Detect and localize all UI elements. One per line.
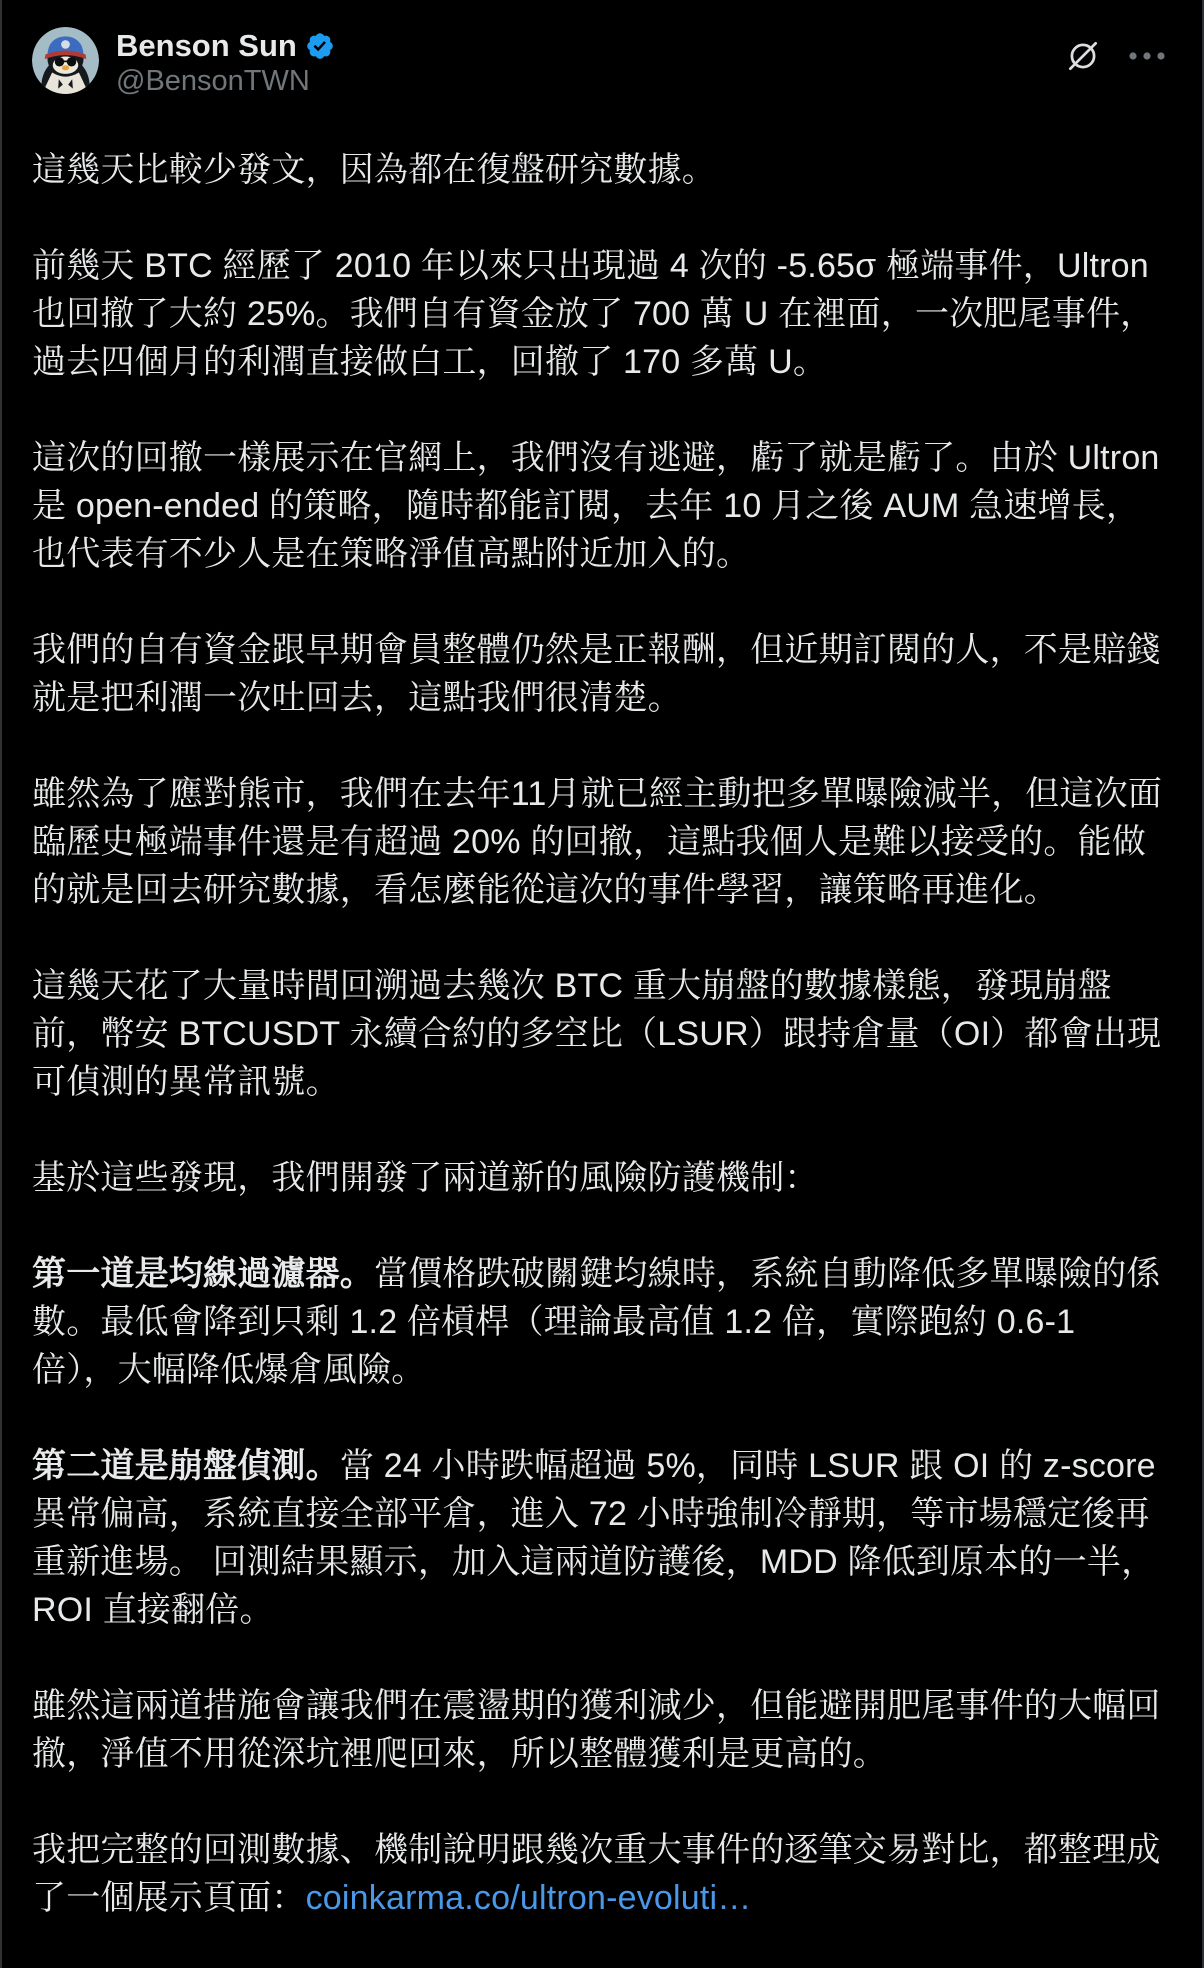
paragraph-text: 雖然這兩道措施會讓我們在震盪期的獲利減少，但能避開肥尾事件的大幅回撤，淨值不用從… <box>32 1687 1161 1773</box>
external-link[interactable]: coinkarma.co/ultron-evoluti… <box>306 1879 752 1917</box>
tweet-paragraph: 我把完整的回測數據、機制說明跟幾次重大事件的逐筆交易對比，都整理成了一個展示頁面… <box>32 1826 1170 1922</box>
tweet-detail-column: Benson Sun @BensonTWN <box>0 0 1204 1968</box>
avatar[interactable] <box>32 27 99 94</box>
tweet-paragraph: 第一道是均線過濾器。當價格跌破關鍵均線時，系統自動降低多單曝險的係數。最低會降到… <box>32 1250 1170 1394</box>
tweet-paragraph: 前幾天 BTC 經歷了 2010 年以來只出現過 4 次的 -5.65σ 極端事… <box>32 242 1170 386</box>
tweet-paragraph: 雖然為了應對熊市，我們在去年11月就已經主動把多單曝險減半，但這次面臨歷史極端事… <box>32 770 1170 914</box>
tweet-paragraph: 這幾天花了大量時間回溯過去幾次 BTC 重大崩盤的數據樣態，發現崩盤前，幣安 B… <box>32 962 1170 1106</box>
tweet-paragraph: 第二道是崩盤偵測。當 24 小時跌幅超過 5%，同時 LSUR 跟 OI 的 z… <box>32 1442 1170 1634</box>
paragraph-text: 我們的自有資金跟早期會員整體仍然是正報酬，但近期訂閱的人，不是賠錢就是把利潤一次… <box>32 631 1161 717</box>
paragraph-text: 基於這些發現，我們開發了兩道新的風險防護機制： <box>32 1159 819 1197</box>
tweet-paragraph: 這幾天比較少發文，因為都在復盤研究數據。 <box>32 146 1170 194</box>
tweet-paragraph: 我們的自有資金跟早期會員整體仍然是正報酬，但近期訂閱的人，不是賠錢就是把利潤一次… <box>32 626 1170 722</box>
more-icon[interactable] <box>1128 51 1166 61</box>
paragraph-text: 這次的回撤一樣展示在官網上，我們沒有逃避，虧了就是虧了。由於 Ultron 是 … <box>32 439 1160 573</box>
user-handle[interactable]: @BensonTWN <box>116 65 335 98</box>
penguin-avatar-image <box>32 27 99 94</box>
paragraph-text: 這幾天花了大量時間回溯過去幾次 BTC 重大崩盤的數據樣態，發現崩盤前，幣安 B… <box>32 967 1161 1101</box>
tweet-header: Benson Sun @BensonTWN <box>2 0 1202 98</box>
author-names: Benson Sun @BensonTWN <box>116 27 335 98</box>
display-name[interactable]: Benson Sun <box>116 28 297 63</box>
x-dark-page: { "header": { "display_name": "Benson Su… <box>0 0 1204 1968</box>
paragraph-text: 前幾天 BTC 經歷了 2010 年以來只出現過 4 次的 -5.65σ 極端事… <box>32 247 1154 381</box>
tweet-body: 這幾天比較少發文，因為都在復盤研究數據。前幾天 BTC 經歷了 2010 年以來… <box>2 146 1202 1922</box>
header-actions <box>1064 27 1166 75</box>
verified-badge-icon <box>305 31 335 61</box>
tweet-paragraph: 雖然這兩道措施會讓我們在震盪期的獲利減少，但能避開肥尾事件的大幅回撤，淨值不用從… <box>32 1682 1170 1778</box>
paragraph-text: 雖然為了應對熊市，我們在去年11月就已經主動把多單曝險減半，但這次面臨歷史極端事… <box>32 775 1162 909</box>
paragraph-bold-lead: 第一道是均線過濾器。 <box>32 1255 374 1293</box>
paragraph-bold-lead: 第二道是崩盤偵測。 <box>32 1447 340 1485</box>
paragraph-text: 這幾天比較少發文，因為都在復盤研究數據。 <box>32 151 716 189</box>
grok-icon[interactable] <box>1064 37 1102 75</box>
tweet-paragraph: 基於這些發現，我們開發了兩道新的風險防護機制： <box>32 1154 1170 1202</box>
tweet-paragraph: 這次的回撤一樣展示在官網上，我們沒有逃避，虧了就是虧了。由於 Ultron 是 … <box>32 434 1170 578</box>
